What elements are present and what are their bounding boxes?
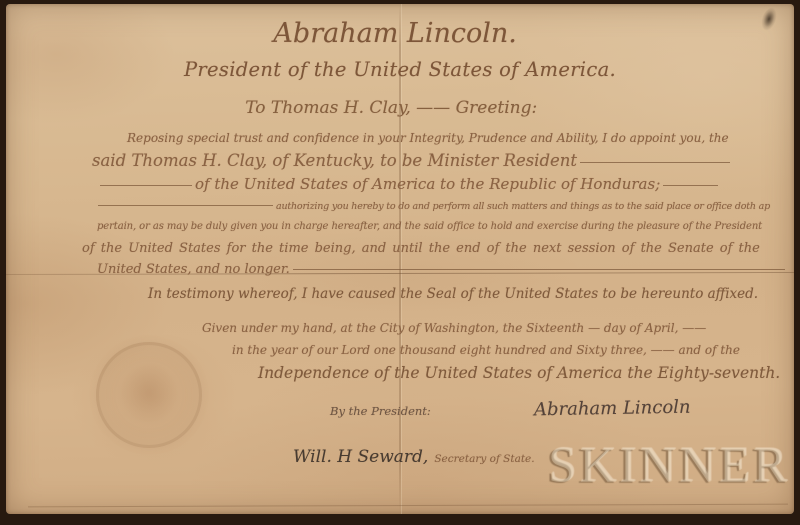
body-line-1: Reposing special trust and confidence in…	[127, 131, 729, 145]
given-line-2: in the year of our Lord one thousand eig…	[232, 343, 740, 357]
testimony-line: In testimony whereof, I have caused the …	[148, 286, 758, 302]
body-line-2: said Thomas H. Clay, of Kentucky, to be …	[92, 151, 733, 170]
seward-signature: Will. H Seward,	[293, 447, 428, 467]
embossed-us-seal	[96, 342, 202, 448]
body-text: said Thomas H. Clay, of Kentucky, to be …	[92, 151, 577, 170]
by-the-president-label: By the President:	[330, 404, 431, 418]
body-line-4: authorizing you hereby to do and perform…	[95, 201, 770, 212]
skinner-auction-watermark: SKINNER	[548, 437, 790, 495]
blank-underline	[98, 203, 273, 206]
lincoln-signature: Abraham Lincoln	[534, 397, 691, 421]
body-line-6: of the United States for the time being,…	[82, 241, 760, 256]
blank-underline	[100, 183, 192, 186]
body-text: authorizing you hereby to do and perform…	[276, 201, 770, 212]
body-line-5: pertain, or as may be duly given you in …	[97, 221, 762, 232]
given-line-1: Given under my hand, at the City of Wash…	[202, 321, 706, 335]
blank-underline	[293, 267, 785, 270]
document-photograph: Abraham Lincoln. President of the United…	[0, 0, 800, 525]
salutation-line: To Thomas H. Clay, —— Greeting:	[245, 98, 537, 118]
seward-title: Secretary of State.	[434, 453, 534, 465]
body-text: pertain, or as may be duly given you in …	[97, 221, 762, 232]
body-text: of the United States for the time being,…	[82, 241, 760, 256]
seward-signature-line: Will. H Seward,Secretary of State.	[293, 447, 535, 467]
document-subtitle: President of the United States of Americ…	[184, 58, 616, 81]
body-line-7: United States, and no longer.	[97, 262, 788, 277]
body-text: of the United States of America to the R…	[195, 175, 660, 193]
body-text: United States, and no longer.	[97, 262, 290, 277]
seal-eagle-impression	[120, 362, 178, 424]
body-text: Reposing special trust and confidence in…	[127, 131, 729, 145]
document-title: Abraham Lincoln.	[273, 18, 516, 49]
given-line-3: Independence of the United States of Ame…	[258, 364, 780, 382]
body-line-3: of the United States of America to the R…	[97, 175, 721, 193]
blank-underline	[663, 183, 718, 186]
blank-underline	[580, 160, 730, 163]
